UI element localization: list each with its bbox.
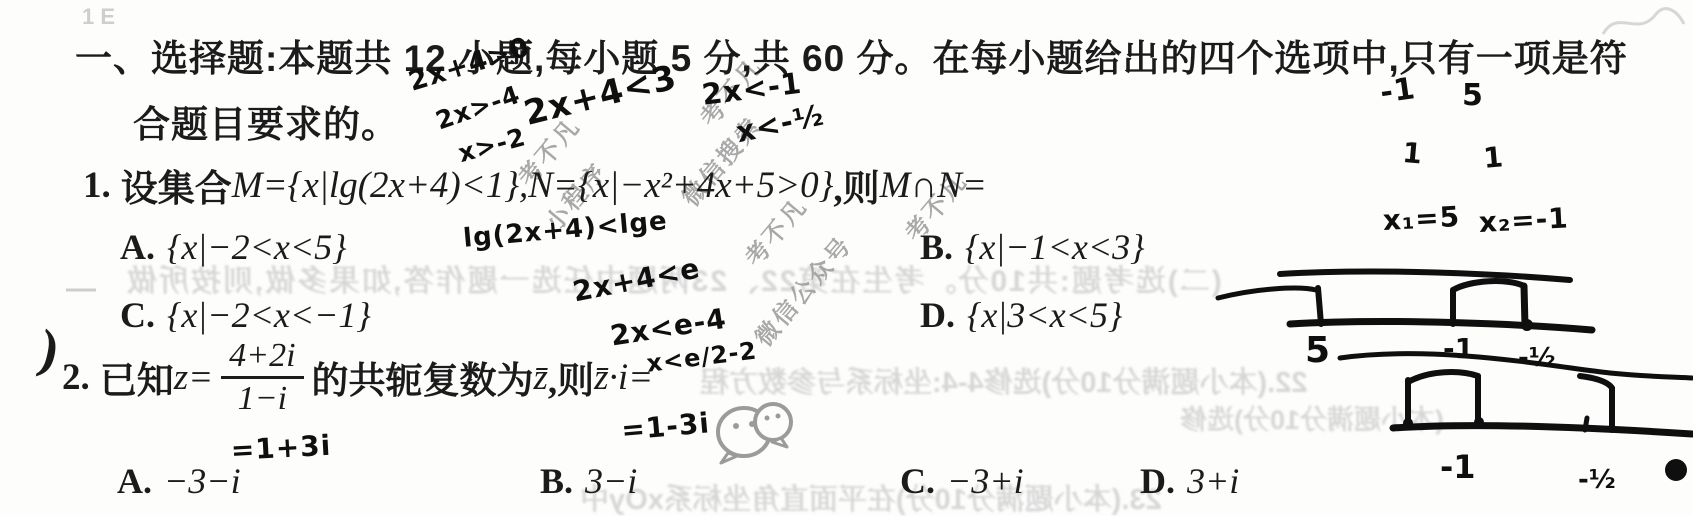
option-label: C. (120, 294, 155, 336)
fraction: 4+2i 1−i (221, 338, 303, 416)
question-1-text-zh1: 设集合 (121, 158, 232, 212)
question-2-option-a: A. −3−i (117, 460, 241, 502)
question-2-text-zh1: 已知 (100, 350, 174, 404)
handwriting-tick: 1 (1482, 140, 1505, 175)
option-text: {x|−2<x<−1} (167, 294, 371, 336)
handwriting-root-5: 5 (1462, 78, 1484, 113)
question-2-text-math1: z= (174, 356, 213, 399)
numberline1-label-right: -½ (1518, 343, 1556, 373)
option-label: C. (900, 460, 935, 502)
option-text: 3−i (585, 460, 637, 502)
section-header-line2: 合题目要求的。 (133, 94, 399, 148)
question-1-text-math2: M∩N= (880, 164, 987, 207)
option-label: A. (117, 460, 152, 502)
fraction-numerator: 4+2i (221, 338, 303, 379)
bleedthrough-line-q23: 23.(本小题满分10分)在平面直角坐标系xOy中 (580, 477, 1162, 516)
exam-scan-page: (二)选考题:共10分。考生在第22、23两题中任选一题作答,如果多做,则按所做… (0, 0, 1693, 516)
handwriting-root-neg1: -1 (1378, 71, 1418, 111)
question-1-text-zh2: ,则 (833, 158, 879, 212)
question-1-option-d: D. {x|3<x<5} (920, 294, 1122, 336)
option-text: −3−i (164, 460, 241, 502)
numberline-sketch: 5 -1 -½ -1 -½ (1140, 240, 1693, 516)
option-label: B. (540, 460, 573, 502)
handwriting-tick: 1 (1401, 136, 1424, 171)
option-text: −3+i (947, 460, 1024, 502)
question-1-number: 1. (83, 164, 111, 207)
numberline2-label-right: -½ (1578, 465, 1616, 495)
fraction-denominator: 1−i (230, 379, 295, 417)
question-1-option-a: A. {x|−2<x<5} (120, 226, 347, 268)
question-2-text-zh2: 的共轭复数为 (312, 350, 534, 404)
bleedthrough-dash: — (66, 272, 96, 306)
question-2-text-math3: z̄·i= (594, 356, 653, 399)
option-text: {x|3<x<5} (967, 294, 1122, 336)
numberline1-label-left: 5 (1305, 330, 1330, 371)
question-1-option-b: B. {x|−1<x<3} (920, 226, 1145, 268)
option-text: {x|−1<x<3} (965, 226, 1145, 268)
wechat-bubbles-icon (712, 398, 796, 468)
question-1-option-c: C. {x|−2<x<−1} (120, 294, 371, 336)
question-2-text-zh3: ,则 (548, 350, 594, 404)
numberline1-label-mid: -1 (1443, 332, 1474, 365)
option-text: {x|−2<x<5} (167, 226, 347, 268)
numberline2-label-left: -1 (1440, 448, 1476, 486)
handwriting-result: =1+3i (230, 429, 332, 467)
handwriting-x1: x₁=5 (1382, 200, 1461, 237)
handwriting-result: =1-3i (620, 406, 711, 447)
option-label: A. (120, 226, 155, 268)
pen-mark: ) (34, 317, 64, 381)
handwriting-x2: x₂=-1 (1478, 201, 1569, 239)
question-2-stem: 2. 已知 z= 4+2i 1−i 的共轭复数为 z̄ ,则 z̄·i= (62, 338, 653, 416)
question-2-option-c: C. −3+i (900, 460, 1024, 502)
option-label: D. (920, 294, 955, 336)
bleedthrough-corner-mark: 1 E (82, 4, 115, 30)
question-1-stem: 1. 设集合 M={x|lg(2x+4)<1},N={x|−x²+4x+5>0}… (83, 158, 987, 212)
question-2-text-math2: z̄ (534, 356, 548, 399)
question-2-number: 2. (62, 356, 90, 399)
option-label: B. (920, 226, 953, 268)
question-2-option-b: B. 3−i (540, 460, 637, 502)
question-1-text-math1: M={x|lg(2x+4)<1},N={x|−x²+4x+5>0} (232, 164, 834, 207)
